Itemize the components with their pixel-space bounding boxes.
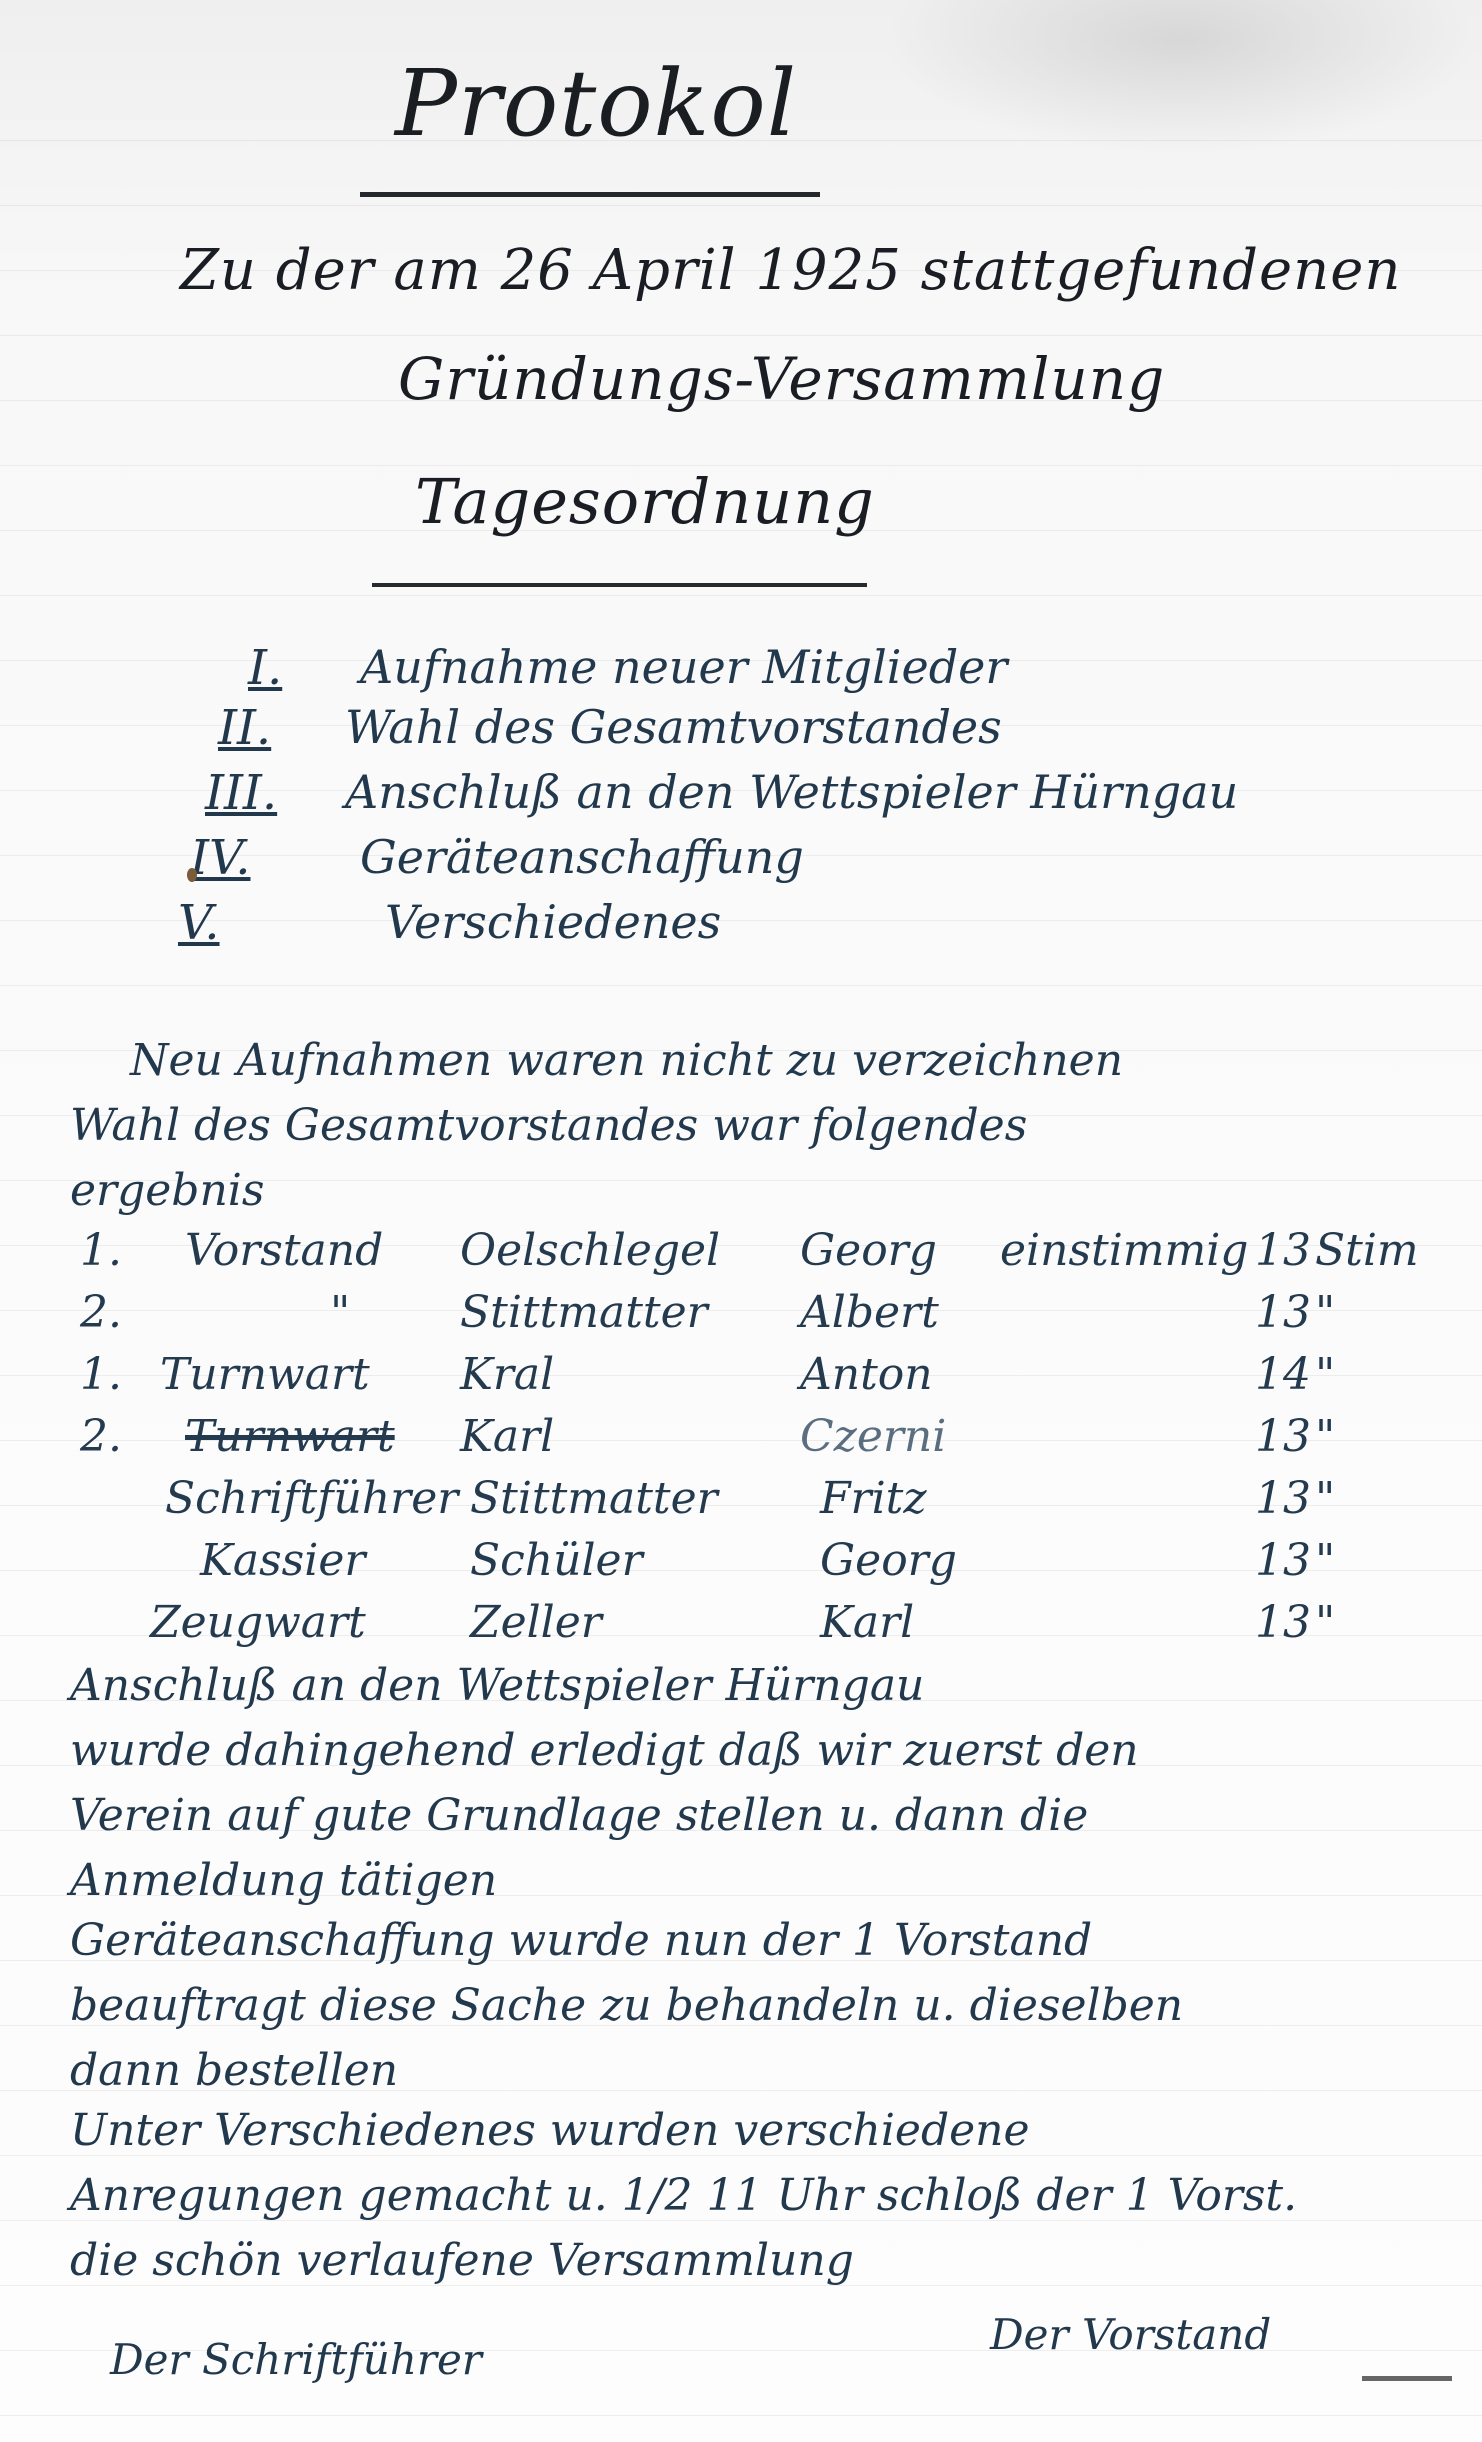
cell-rank: 1.	[80, 1225, 122, 1276]
cell-unit: "	[1315, 1349, 1335, 1400]
cell-first-name: Albert	[800, 1287, 939, 1338]
agenda-number: III.	[205, 765, 277, 821]
agenda-item: Geräteanschaffung	[360, 830, 804, 884]
cell-office: Zeugwart	[150, 1597, 366, 1648]
agenda-item: Aufnahme neuer Mitglieder	[360, 640, 1007, 694]
ruled-line	[0, 920, 1482, 921]
agenda-heading-underline	[372, 583, 867, 587]
signature-chairman: Der Vorstand	[990, 2310, 1271, 2359]
cell-unit: "	[1315, 1411, 1335, 1462]
cell-first-name: Fritz	[820, 1473, 927, 1524]
paragraph-line: Anregungen gemacht u. 1/2 11 Uhr schloß …	[70, 2170, 1297, 2221]
agenda-item: Anschluß an den Wettspieler Hürngau	[345, 765, 1238, 819]
cell-office: Schriftführer	[165, 1473, 458, 1524]
cell-unit: "	[1315, 1597, 1335, 1648]
agenda-number: I.	[248, 640, 282, 696]
agenda-number: IV.	[190, 830, 251, 886]
cell-votes: 13	[1255, 1473, 1311, 1524]
cell-surname: Oelschlegel	[460, 1225, 720, 1276]
paragraph-line: Geräteanschaffung wurde nun der 1 Vorsta…	[70, 1915, 1092, 1966]
cell-votes: 13	[1255, 1287, 1311, 1338]
ruled-line	[0, 2415, 1482, 2416]
cell-first-name: Czerni	[800, 1411, 946, 1462]
signature-secretary: Der Schriftführer	[110, 2335, 482, 2384]
ruled-line	[0, 595, 1482, 596]
signature-flourish	[1362, 2376, 1452, 2381]
paragraph-line: Neu Aufnahmen waren nicht zu verzeichnen	[130, 1035, 1123, 1086]
cell-office: Vorstand	[185, 1225, 383, 1276]
cell-first-name: Georg	[800, 1225, 937, 1276]
cell-surname: Zeller	[470, 1597, 602, 1648]
paragraph-line: dann bestellen	[70, 2045, 398, 2096]
cell-first-name: Karl	[820, 1597, 914, 1648]
paragraph-line: die schön verlaufene Versammlung	[70, 2235, 854, 2286]
agenda-item: Verschiedenes	[385, 895, 721, 949]
cell-office: Turnwart	[160, 1349, 370, 1400]
cell-votes: 13	[1255, 1597, 1311, 1648]
cell-rank: 2.	[80, 1411, 122, 1462]
cell-votes: 14	[1255, 1349, 1311, 1400]
title-underline	[360, 192, 820, 197]
agenda-item: Wahl des Gesamtvorstandes	[345, 700, 1002, 754]
paragraph-line: Unter Verschiedenes wurden verschiedene	[70, 2105, 1030, 2156]
cell-surname: Kral	[460, 1349, 554, 1400]
intro-line: Zu der am 26 April 1925 stattgefundenen	[180, 238, 1401, 303]
paragraph-line: beauftragt diese Sache zu behandeln u. d…	[70, 1980, 1183, 2031]
cell-unit: "	[1315, 1535, 1335, 1586]
agenda-heading: Tagesordnung	[415, 465, 875, 538]
cell-office: Kassier	[200, 1535, 365, 1586]
ink-stain	[187, 868, 197, 882]
paragraph-line: Verein auf gute Grundlage stellen u. dan…	[70, 1790, 1088, 1841]
cell-surname: Karl	[460, 1411, 554, 1462]
cell-surname: Stittmatter	[460, 1287, 708, 1338]
cell-first-name: Georg	[820, 1535, 957, 1586]
cell-votes: 13	[1255, 1411, 1311, 1462]
meeting-name: Gründungs-Versammlung	[398, 345, 1165, 413]
cell-rank: 1.	[80, 1349, 122, 1400]
paragraph-line: Anschluß an den Wettspieler Hürngau	[70, 1660, 924, 1711]
agenda-number: V.	[178, 895, 220, 951]
cell-rank: 2.	[80, 1287, 122, 1338]
paragraph-line: Wahl des Gesamtvorstandes war folgendes	[70, 1100, 1027, 1151]
paragraph-line: wurde dahingehend erledigt daß wir zuers…	[70, 1725, 1139, 1776]
cell-votes: 13	[1255, 1535, 1311, 1586]
cell-votes: 13	[1255, 1225, 1311, 1276]
agenda-number: II.	[218, 700, 271, 756]
cell-surname: Schüler	[470, 1535, 643, 1586]
cell-first-name: Anton	[800, 1349, 933, 1400]
ruled-line	[0, 335, 1482, 336]
ruled-line	[0, 205, 1482, 206]
ruled-line	[0, 985, 1482, 986]
cell-unit: "	[1315, 1287, 1335, 1338]
paragraph-line: Anmeldung tätigen	[70, 1855, 497, 1906]
cell-unit: Stim	[1315, 1225, 1419, 1276]
cell-office: Turnwart	[185, 1411, 395, 1462]
cell-unit: "	[1315, 1473, 1335, 1524]
cell-surname: Stittmatter	[470, 1473, 718, 1524]
cell-office: "	[330, 1287, 350, 1338]
document-title: Protokol	[395, 50, 797, 157]
cell-note: einstimmig	[1000, 1225, 1248, 1276]
paragraph-line: ergebnis	[70, 1165, 264, 1216]
